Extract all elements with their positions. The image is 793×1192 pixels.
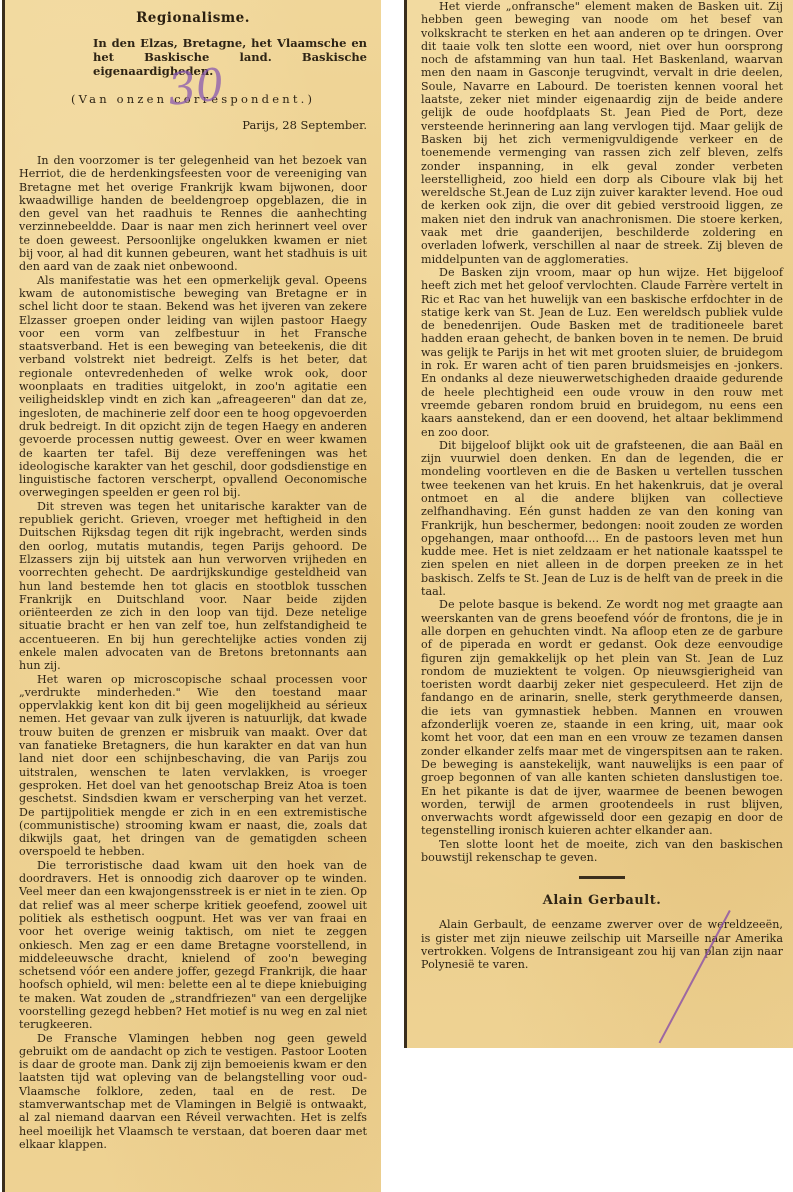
article-paragraph: De Basken zijn vroom, maar op hun wijze.… <box>421 266 783 439</box>
article-paragraph: De pelote basque is bekend. Ze wordt nog… <box>421 598 783 837</box>
article-paragraph: Het waren op microscopische schaal proce… <box>19 673 367 859</box>
article-paragraph: Dit streven was tegen het unitarische ka… <box>19 500 367 673</box>
article-subheadline: In den Elzas, Bretagne, het Vlaamsche en… <box>93 36 367 78</box>
article-paragraph: Als manifestatie was het een opmerkelijk… <box>19 274 367 500</box>
article-paragraph: Dit bijgeloof blijkt ook uit de grafstee… <box>421 439 783 599</box>
article-paragraph: Die terroristische daad kwam uit den hoe… <box>19 859 367 1032</box>
newspaper-clipping-left-column: Regionalisme. In den Elzas, Bretagne, he… <box>2 0 381 1192</box>
article-dateline: Parijs, 28 September. <box>19 118 367 132</box>
handwritten-page-number: 30 <box>165 59 226 116</box>
article-paragraph: Ten slotte loont het de moeite, zich van… <box>421 838 783 865</box>
article-headline: Regionalisme. <box>19 10 367 26</box>
article-paragraph: In den voorzomer is ter gelegenheid van … <box>19 154 367 274</box>
second-article-headline: Alain Gerbault. <box>421 893 783 908</box>
newspaper-clipping-right-column: Het vierde „onfransche" element maken de… <box>404 0 793 1048</box>
article-paragraph: De Fransche Vlamingen hebben nog geen ge… <box>19 1032 367 1152</box>
second-article-paragraph: Alain Gerbault, de eenzame zwerver over … <box>421 918 783 971</box>
section-divider <box>579 876 625 879</box>
article-paragraph: Het vierde „onfransche" element maken de… <box>421 0 783 266</box>
